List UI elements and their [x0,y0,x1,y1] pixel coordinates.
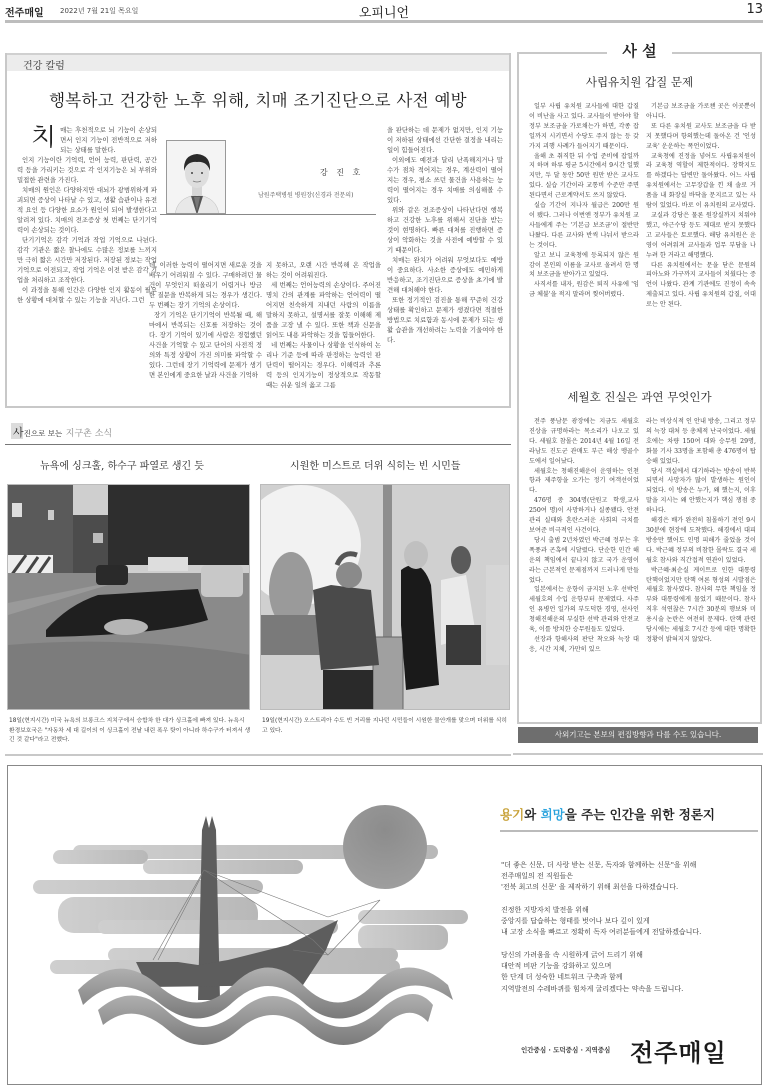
article-column-4: 을 판단하는 데 문제가 없지만, 인지 기능이 저하된 상태에선 간단한 결정… [387,125,503,397]
editorial-section: 사 설 사립유치원 갑질 문제 일부 사립 유치원 교사들에 대한 갑질이 비난… [517,52,762,724]
contributor-disclaimer: 사외기고는 본보의 편집방향과 다를 수도 있습니다. [518,727,758,743]
author-role: 남원주택병원 병원장(신경과 전문의) [258,190,353,199]
photo-caption-2: 19일(현지시간) 오스트리아 수도 빈 거리를 지나던 시민들이 시원한 물안… [262,717,510,736]
paragraph: 당시 출범 2년차였던 박근혜 정부는 후폭풍과 곤혹에 시달렸다. 단순한 민… [529,536,639,586]
paragraph: 당시 객실에서 대기하라는 방송이 반복되면서 사망자가 많이 발생하는 원인이… [646,467,756,517]
paragraph: 이 과정을 통해 인간은 다양한 인지 활동이 필요한 상황에 대처할 수 있는… [17,285,157,305]
header-small-text: 진으로 보는 [24,429,63,438]
photo-news-divider [5,444,511,445]
photo-news-bottom-divider [5,754,511,756]
section-title: 오피니언 [5,2,763,21]
paragraph: 단기기억은 감각 기억과 작업 기억으로 나뉜다. 감각 기관은 짧은 찰나에도… [17,235,157,285]
author-name: 강 진 호 [320,167,363,178]
paragraph: 교육청에 진정을 넣어도 사립유치원이라 교육청 역할이 제한적이다. 장학지도… [646,152,756,211]
paragraph: 기본급 보조금을 가로챈 곳은 이곳뿐이 아니다. [646,102,756,122]
ad-motto: 인간중심 · 도덕중심 · 지역중심 [521,1045,610,1054]
editorial-1-column-1: 일부 사립 유치원 교사들에 대한 갑질이 비난을 사고 있다. 교사들이 받아… [529,102,639,372]
paragraph: 다른 유치원에서는 문을 닫은 문원의 피아노와 가구까지 교사들이 치웠다는 … [646,261,756,311]
photo-news-header: 사진으로 보는 지구촌 소식 [5,423,511,443]
slogan-rest: 을 주는 인간을 위한 정론지 [565,807,715,822]
ad-paragraph-2: 진정한 지방자치 발전을 위해 중앙지를 답습하는 형태를 벗어나 보다 깊이 … [501,905,701,939]
masthead-divider [5,20,763,23]
paragraph: 라는 비상식적 인 안내 방송, 그리고 정부의 늑장 대처 등 총체적 난국이… [646,417,756,467]
paragraph: 선장과 항해사의 판단 착오와 늑장 대응, 시간 지체, 가만히 있으 [529,635,639,655]
paragraph: 세월호는 청해진해운이 운영하는 인천항과 제주항을 오가는 정기 여객선이었다… [529,467,639,497]
paragraph: 전주 풍남문 광장에는 지금도 세월호 진상을 규명하라는 목소리가 나오고 있… [529,417,639,467]
author-divider [160,214,376,215]
slogan-connector: 와 [524,807,540,822]
editorial-bottom-divider [513,753,763,755]
ad-line: 대안적 비판 기능을 강화하고 있으며 [501,961,683,972]
ship-illustration [8,790,488,1084]
editorial-title-1: 사립유치원 갑질 문제 [519,74,760,90]
paragraph: 네 번째는 사물이나 상황을 인식하여 논리나 기준 등에 따라 판정하는 능력… [266,340,381,390]
photo-caption-1: 18일(현지시간) 미국 뉴욕의 브롱크스 지치구에서 승합차 한 대가 싱크홀… [9,717,252,746]
paragraph: 알고 보니 교육청에 등록되지 않은 원감이 본인의 이름을 교사로 올려서 한… [529,251,639,281]
mist-photo [260,484,510,710]
paragraph: 이외에도 예전과 달리 난폭해지거나 말수가 점차 적어지는 경우, 계산력이 … [387,155,503,205]
column-tab: 건강 칼럼 [7,53,509,71]
article-column-3: 지 못하고, 오랜 시간 반복해 온 작업을 하는 것이 어려워진다. 세 번째… [266,260,381,397]
header-big-char: 사 [13,426,24,439]
photo-title-2: 시원한 미스트로 더위 식히는 빈 시민들 [290,457,460,472]
paragraph: 지 못하고, 오랜 시간 반복해 온 작업을 하는 것이 어려워진다. [266,260,381,280]
column-tab-label: 건강 칼럼 [23,57,65,72]
page-number: 13 [746,2,763,17]
editorial-2-column-2: 라는 비상식적 인 안내 방송, 그리고 정부의 늑장 대처 등 총체적 난국이… [646,417,756,717]
photo-news-label: 사진으로 보는 지구촌 소식 [13,424,112,440]
ad-line: 내 고장 소식을 빠르고 정확히 독자 여러분들에게 전달하겠습니다. [501,927,701,938]
drop-cap: 치 [31,125,56,149]
ad-line: 진정한 지방자치 발전을 위해 [501,905,701,916]
paragraph: 박근혜·최순실 게이트로 인한 대통령 탄핵이었지만 탄핵 여론 형성의 시발점… [646,566,756,645]
ad-line: "더 좋은 신문, 더 사랑 받는 신문, 독자와 함께하는 신문"을 위해 [501,860,696,871]
editorial-1-column-2: 기본급 보조금을 가로챈 곳은 이곳뿐이 아니다. 또 다른 유치원 교사도 보… [646,102,756,372]
paragraph: 또한 정기적인 검진을 통해 꾸준히 건강 상태를 확인하고 문제가 생겼다면 … [387,295,503,345]
paragraph: 치매의 원인은 다양하지만 대뇌가 광범위하게 파괴되면 증상이 나타날 수 있… [17,185,157,235]
paragraph: 위와 같은 전조증상이 나타난다면 행복하고 건강한 노후를 위해서 진단을 받… [387,205,503,255]
paragraph: 데, 이러한 능력이 떨어지면 새로운 것을 배우기 어려워질 수 있다. 구매… [149,260,262,310]
ad-line: 한 단계 더 성숙한 네트워크 구축과 함께 [501,972,683,983]
paragraph: 치매는 완치가 어려워 무엇보다도 예방이 중요하다. 사소한 증상에도 예민하… [387,255,503,295]
ad-paragraph-3: 당신의 가려움을 속 시원하게 긁어 드리기 위해 대안적 비판 기능을 강화하… [501,950,683,995]
article-column-2: 데, 이러한 능력이 떨어지면 새로운 것을 배우기 어려워질 수 있다. 구매… [149,260,262,397]
paragraph: 해경은 배가 완전히 침몰하기 전인 9시 30분에 현장에 도착했다. 해경에… [646,516,756,566]
paragraph: 사직서를 내자, 원감은 퇴직 사유에 '임금 체불'을 적지 말라며 찢어버렸… [529,280,639,300]
sinkhole-photo [7,484,250,710]
editorial-header: 사 설 [519,40,760,61]
ad-line: 전주매일의 전 직원들은 [501,871,696,882]
paragraph: 인지 기능이란 기억력, 언어 능력, 판단력, 공간력 등을 가리키는 것으로… [17,155,157,185]
paragraph: 장기 기억은 단기기억이 반복될 때, 해마에서 반복되는 신호를 저장하는 것… [149,310,262,380]
health-column: 건강 칼럼 행복하고 건강한 노후 위해, 치매 조기진단으로 사전 예방 치 … [5,53,511,408]
article-column-1: 치 매는 후천적으로 뇌 기능이 손상되면서 인지 기능이 전반적으로 저하되는… [17,125,157,397]
slogan-hope: 희망 [541,807,565,822]
ad-line: 지역발전의 수레바퀴를 힘차게 굴리겠다는 약속을 드립니다. [501,984,683,995]
paragraph: 476명 중 304명(단원고 학생,교사 250여 명)이 사망하거나 실종됐… [529,496,639,536]
editorial-title-2: 세월호 진실은 과연 무엇인가 [519,389,760,405]
photo-title-1: 뉴욕에 싱크홀, 하수구 파열로 생긴 듯 [40,457,204,472]
ad-line: '전북 최고의 신문' 을 제작하기 위해 최선을 다하겠습니다. [501,882,696,893]
paragraph: 세 번째는 언어능력의 손상이다. 주어진 명치 간의 관계를 파악하는 언어력… [266,280,381,340]
paragraph: 을 판단하는 데 문제가 없지만, 인지 기능이 저하된 상태에선 간단한 결정… [387,125,503,155]
ad-slogan: 용기와 희망을 주는 인간을 위한 정론지 [500,805,715,823]
paragraph: 올해 초 취직한 뒤 수업 준비에 잡일까지 하며 하루 평균 5시간에서 9시… [529,152,639,202]
header-gray-text: 지구촌 소식 [66,429,112,439]
paragraph: 실습 기간이 지나자 월급은 200만 원이 됐다. 그러나 이번엔 정부가 유… [529,201,639,251]
paragraph: 또 다른 유치원 교사도 보조금을 다 받지 못했다며 항의했는데 돌아온 건 … [646,122,756,152]
ad-line: 중앙지를 답습하는 형태를 벗어나 보다 깊이 있게 [501,916,701,927]
ad-paragraph-1: "더 좋은 신문, 더 사랑 받는 신문, 독자와 함께하는 신문"을 위해 전… [501,860,696,894]
slogan-courage: 용기 [500,807,524,822]
author-portrait [166,140,226,214]
paragraph: 일본에서는 운항이 금지된 노후 선박인 세월호의 수입 운항부터 문제였다. … [529,585,639,635]
ad-line: 당신의 가려움을 속 시원하게 긁어 드리기 위해 [501,950,683,961]
paragraph: 일부 사립 유치원 교사들에 대한 갑질이 비난을 사고 있다. 교사들이 받아… [529,102,639,152]
article-headline: 행복하고 건강한 노후 위해, 치매 조기진단으로 사전 예방 [7,87,509,111]
ad-slogan-divider [500,830,758,832]
masthead: 전주매일 2022년 7월 21일 목요일 오피니언 13 [5,2,763,20]
editorial-2-column-1: 전주 풍남문 광장에는 지금도 세월호 진상을 규명하라는 목소리가 나오고 있… [529,417,639,717]
paper-logo: 전주매일 [630,1033,727,1068]
paragraph: 교실과 강당은 물론 원장실까지 치워야 했고, 야근수당 등도 제대로 받지 … [646,211,756,261]
